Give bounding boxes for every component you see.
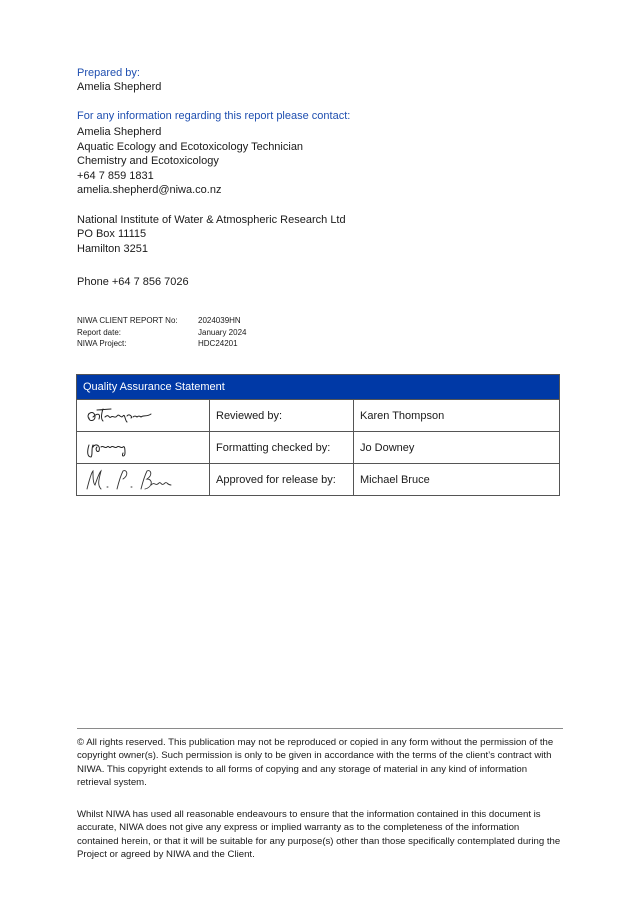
qa-header-row: Quality Assurance Statement (77, 375, 560, 400)
prepared-by-section: Prepared by: Amelia Shepherd (77, 66, 161, 95)
meta-row: Report date: January 2024 (77, 327, 246, 339)
copyright-notice: © All rights reserved. This publication … (77, 736, 563, 789)
disclaimer-notice: Whilst NIWA has used all reasonable ende… (77, 808, 563, 861)
table-row: Formatting checked by: Jo Downey (77, 432, 560, 464)
prepared-by-label: Prepared by: (77, 66, 161, 80)
report-meta: NIWA CLIENT REPORT No: 2024039HN Report … (77, 315, 246, 350)
contact-title: Aquatic Ecology and Ecotoxicology Techni… (77, 140, 350, 154)
contact-phone: +64 7 859 1831 (77, 169, 350, 183)
contact-section: For any information regarding this repor… (77, 109, 350, 197)
contact-label: For any information regarding this repor… (77, 109, 350, 123)
po-box: PO Box 11115 (77, 227, 346, 241)
meta-value: 2024039HN (198, 315, 241, 327)
quality-assurance-table: Quality Assurance Statement Reviewed by:… (76, 374, 560, 496)
footer-divider (77, 728, 563, 729)
signature-downey-icon (77, 432, 210, 464)
signature-thompson-icon (77, 400, 210, 432)
meta-row: NIWA Project: HDC24201 (77, 338, 246, 350)
address-section: National Institute of Water & Atmospheri… (77, 213, 346, 256)
table-row: Reviewed by: Karen Thompson (77, 400, 560, 432)
contact-name: Amelia Shepherd (77, 125, 350, 139)
organisation-name: National Institute of Water & Atmospheri… (77, 213, 346, 227)
prepared-by-name: Amelia Shepherd (77, 80, 161, 94)
organisation-phone: Phone +64 7 856 7026 (77, 275, 189, 289)
meta-value: January 2024 (198, 327, 246, 339)
meta-key: Report date: (77, 327, 198, 339)
contact-email[interactable]: amelia.shepherd@niwa.co.nz (77, 183, 350, 197)
city-postcode: Hamilton 3251 (77, 242, 346, 256)
meta-key: NIWA Project: (77, 338, 198, 350)
qa-role: Approved for release by: (210, 464, 354, 496)
qa-role: Reviewed by: (210, 400, 354, 432)
meta-key: NIWA CLIENT REPORT No: (77, 315, 198, 327)
meta-value: HDC24201 (198, 338, 238, 350)
qa-name: Michael Bruce (354, 464, 560, 496)
contact-department: Chemistry and Ecotoxicology (77, 154, 350, 168)
signature-bruce-icon (77, 464, 210, 496)
qa-name: Jo Downey (354, 432, 560, 464)
qa-name: Karen Thompson (354, 400, 560, 432)
table-row: Approved for release by: Michael Bruce (77, 464, 560, 496)
meta-row: NIWA CLIENT REPORT No: 2024039HN (77, 315, 246, 327)
qa-role: Formatting checked by: (210, 432, 354, 464)
qa-title: Quality Assurance Statement (77, 375, 560, 400)
